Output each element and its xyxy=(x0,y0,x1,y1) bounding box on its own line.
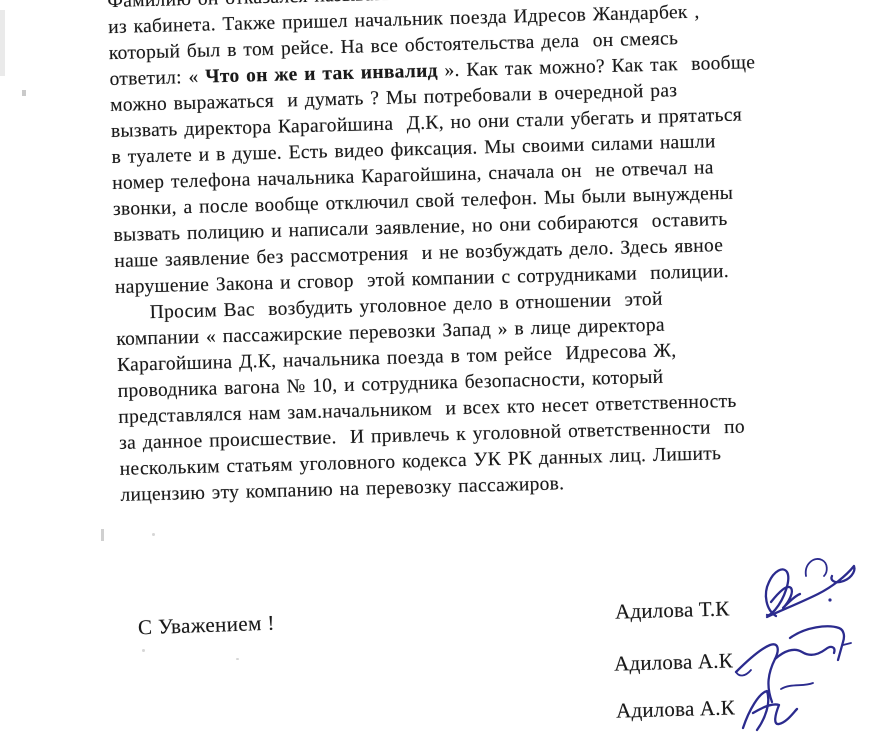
scan-speck xyxy=(101,529,104,541)
signature-1 xyxy=(760,554,860,628)
letter-body: Фамилию он отказался называть и всячески… xyxy=(107,0,876,509)
scanned-letter-page: Фамилию он отказался называть и всячески… xyxy=(0,0,880,740)
signatory-name-1: Адилова Т.К xyxy=(615,596,730,624)
quote-pre: ответил: « xyxy=(109,67,205,90)
scan-edge-shadow xyxy=(0,10,5,76)
salutation: С Уважением ! xyxy=(138,611,276,641)
signature-3 xyxy=(737,682,819,736)
signatory-name-2: Адилова А.К xyxy=(614,648,734,676)
scan-speck xyxy=(142,649,145,652)
scan-speck xyxy=(236,658,239,660)
scan-speck xyxy=(22,90,26,96)
quote-post: ». Как так можно? Как так вообще xyxy=(438,52,756,81)
signatory-name-3: Адилова А.К xyxy=(616,695,736,723)
scan-speck xyxy=(152,533,155,536)
quote-bold-text: Что он же и так инвалид xyxy=(205,60,438,87)
